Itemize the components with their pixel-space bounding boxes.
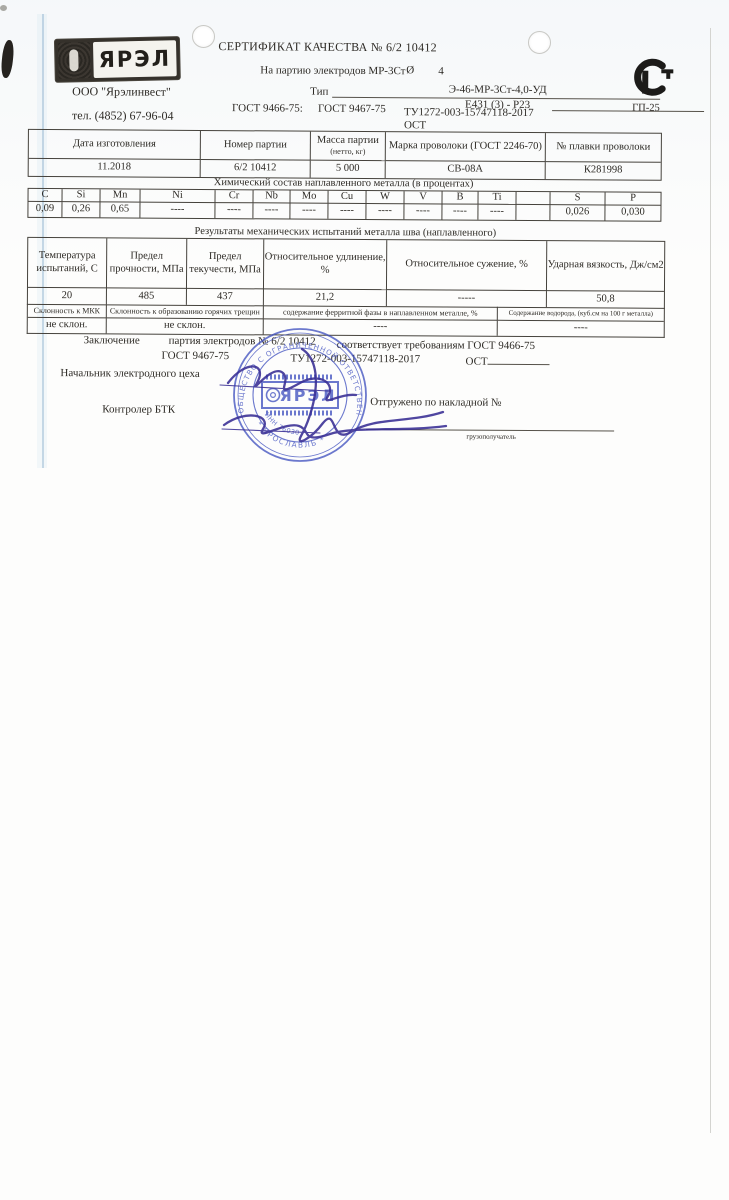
- additional-value-cell: ----: [498, 321, 664, 337]
- conclusion-gost2: ГОСТ 9467-75: [162, 350, 230, 362]
- chem-header-cell: Nb: [253, 190, 290, 203]
- chem-header-cell: W: [366, 191, 404, 204]
- type-label: Тип: [310, 86, 328, 98]
- batch-value-cell: 6/2 10412: [201, 160, 311, 178]
- batch-header-cell: № плавки проволоки: [546, 133, 661, 163]
- chem-header-cell: P: [605, 192, 660, 205]
- chem-header-cell: V: [404, 191, 442, 204]
- mech-value-cell: 485: [107, 288, 187, 304]
- conclusion-ost: ОСТ: [465, 356, 549, 369]
- additional-header-cell: Содержание водорода, (куб.см на 100 г ме…: [498, 307, 664, 322]
- tu-standard: ТУ1272-003-15747118-2017: [404, 106, 534, 119]
- additional-value-cell: не склон.: [107, 318, 264, 334]
- ost-label: ОСТ: [404, 119, 426, 131]
- batch-header-cell: Дата изготовления: [29, 130, 201, 160]
- certificate-title: СЕРТИФИКАТ КАЧЕСТВА № 6/2 10412: [218, 39, 437, 55]
- batch-header-cell: Марка проволоки (ГОСТ 2246-70): [386, 132, 546, 162]
- additional-properties-table: Склонность к МКК Склонность к образовани…: [27, 304, 665, 338]
- diameter-value: 4: [438, 65, 444, 77]
- diameter-symbol: Ø: [406, 64, 414, 76]
- chem-header-cell: C: [28, 189, 62, 202]
- controller-signature-label: Контролер БТК: [102, 403, 175, 415]
- yarel-logo: ЯРЭЛ: [55, 37, 180, 82]
- scanned-certificate-page: ЯРЭЛ ООО "Ярэлинвест" тел. (4852) 67-96-…: [0, 0, 729, 1200]
- additional-value-cell: ----: [264, 319, 498, 335]
- mech-value-cell: 20: [28, 288, 107, 304]
- chem-composition-table: C Si Mn Ni Cr Nb Mo Cu W V B Ti S P 0,09…: [27, 188, 661, 222]
- chem-value-cell: ----: [215, 203, 253, 218]
- chem-header-cell: Si: [62, 189, 100, 202]
- chem-value-cell: 0,030: [605, 205, 660, 220]
- chem-value-cell: ----: [478, 205, 516, 220]
- additional-header-cell: содержание ферритной фазы в наплавленном…: [264, 305, 498, 320]
- chem-header-cell: Mn: [100, 189, 140, 202]
- batch-value-cell: СВ-08А: [386, 161, 546, 179]
- gost-standard-1: ГОСТ 9466-75:: [232, 102, 303, 114]
- mech-value-cell: 21,2: [264, 289, 387, 306]
- batch-value-cell: К281998: [546, 162, 661, 180]
- conclusion-batch-text: партия электродов № 6/2 10412: [169, 335, 316, 348]
- additional-header-cell: Склонность к МКК: [28, 304, 107, 318]
- conclusion-tu: ТУ1272-003-15747118-2017: [291, 353, 421, 366]
- additional-header-cell: Склонность к образованию горячих трещин: [107, 304, 264, 319]
- chem-value-cell: 0,65: [100, 202, 140, 217]
- mech-value-cell: 437: [187, 289, 264, 305]
- chem-value-cell: ----: [290, 204, 328, 219]
- chem-header-cell: Ti: [478, 192, 516, 205]
- chem-value-cell: ----: [366, 204, 404, 219]
- consignee-line: [366, 429, 614, 432]
- type-value: Э-46-МР-3Ст-4,0-УД: [335, 83, 660, 97]
- shipped-label: Отгружено по накладной №: [370, 396, 501, 409]
- yarel-logo-emblem-icon: [58, 42, 91, 79]
- chem-header-cell: Cu: [328, 191, 366, 204]
- mech-header-cell: Предел прочности, МПа: [107, 238, 187, 288]
- batch-info-table: Дата изготовления Номер партии Масса пар…: [28, 129, 662, 181]
- chief-signature-label: Начальник электродного цеха: [60, 367, 199, 380]
- gost-standard-2: ГОСТ 9467-75: [318, 103, 386, 115]
- certificate-subtitle: На партию электродов МР-3Ст: [260, 64, 405, 77]
- company-phone: тел. (4852) 67-96-04: [72, 108, 174, 124]
- company-name: ООО "Ярэлинвест": [72, 84, 171, 100]
- batch-value-cell: 11.2018: [29, 159, 201, 177]
- chem-value-cell: 0,026: [550, 205, 605, 220]
- mech-header-cell: Относительное сужение, %: [387, 240, 547, 291]
- batch-value-cell: 5 000: [311, 161, 386, 178]
- class-underline: [552, 110, 704, 112]
- additional-value-cell: не склон.: [28, 318, 107, 333]
- mech-header-cell: Температура испытаний, С: [28, 238, 107, 288]
- cert-mark-label: ГП-25: [632, 103, 660, 114]
- chem-header-cell: [516, 192, 550, 205]
- batch-header-cell: Масса партии (нетто, кг): [311, 132, 386, 161]
- conclusion-conform-text: соответствует требованиям ГОСТ 9466-75: [337, 339, 535, 352]
- chem-value-cell: ----: [442, 204, 478, 219]
- chem-value-cell: 0,09: [28, 202, 62, 217]
- conclusion-label: Заключение: [84, 334, 140, 346]
- chem-value-cell: ----: [140, 203, 215, 218]
- mech-header-cell: Ударная вязкость, Дж/см2: [547, 241, 664, 292]
- chem-value-cell: [516, 205, 550, 220]
- mech-header-cell: Предел текучести, МПа: [187, 239, 264, 289]
- chem-value-cell: ----: [404, 204, 442, 219]
- chem-header-cell: B: [442, 191, 478, 204]
- chem-header-cell: Ni: [140, 190, 215, 203]
- chem-header-cell: S: [550, 192, 605, 205]
- yarel-logo-text: ЯРЭЛ: [98, 46, 171, 73]
- batch-header-cell: Номер партии: [201, 131, 311, 161]
- certificate-content: ЯРЭЛ ООО "Ярэлинвест" тел. (4852) 67-96-…: [0, 0, 729, 484]
- chem-value-cell: 0,26: [62, 202, 100, 217]
- chem-value-cell: ----: [253, 203, 290, 218]
- mech-value-cell: 50,8: [547, 291, 664, 308]
- chem-value-cell: ----: [328, 204, 366, 219]
- chem-header-cell: Mo: [290, 191, 328, 204]
- mech-header-cell: Относительное удлинение, %: [264, 239, 387, 290]
- rostest-certification-mark-icon: [626, 58, 676, 102]
- consignee-label: грузополучатель: [426, 432, 556, 441]
- chem-header-cell: Cr: [215, 190, 253, 203]
- mech-test-table: Температура испытаний, С Предел прочност…: [27, 237, 665, 309]
- mech-value-cell: -----: [387, 290, 547, 307]
